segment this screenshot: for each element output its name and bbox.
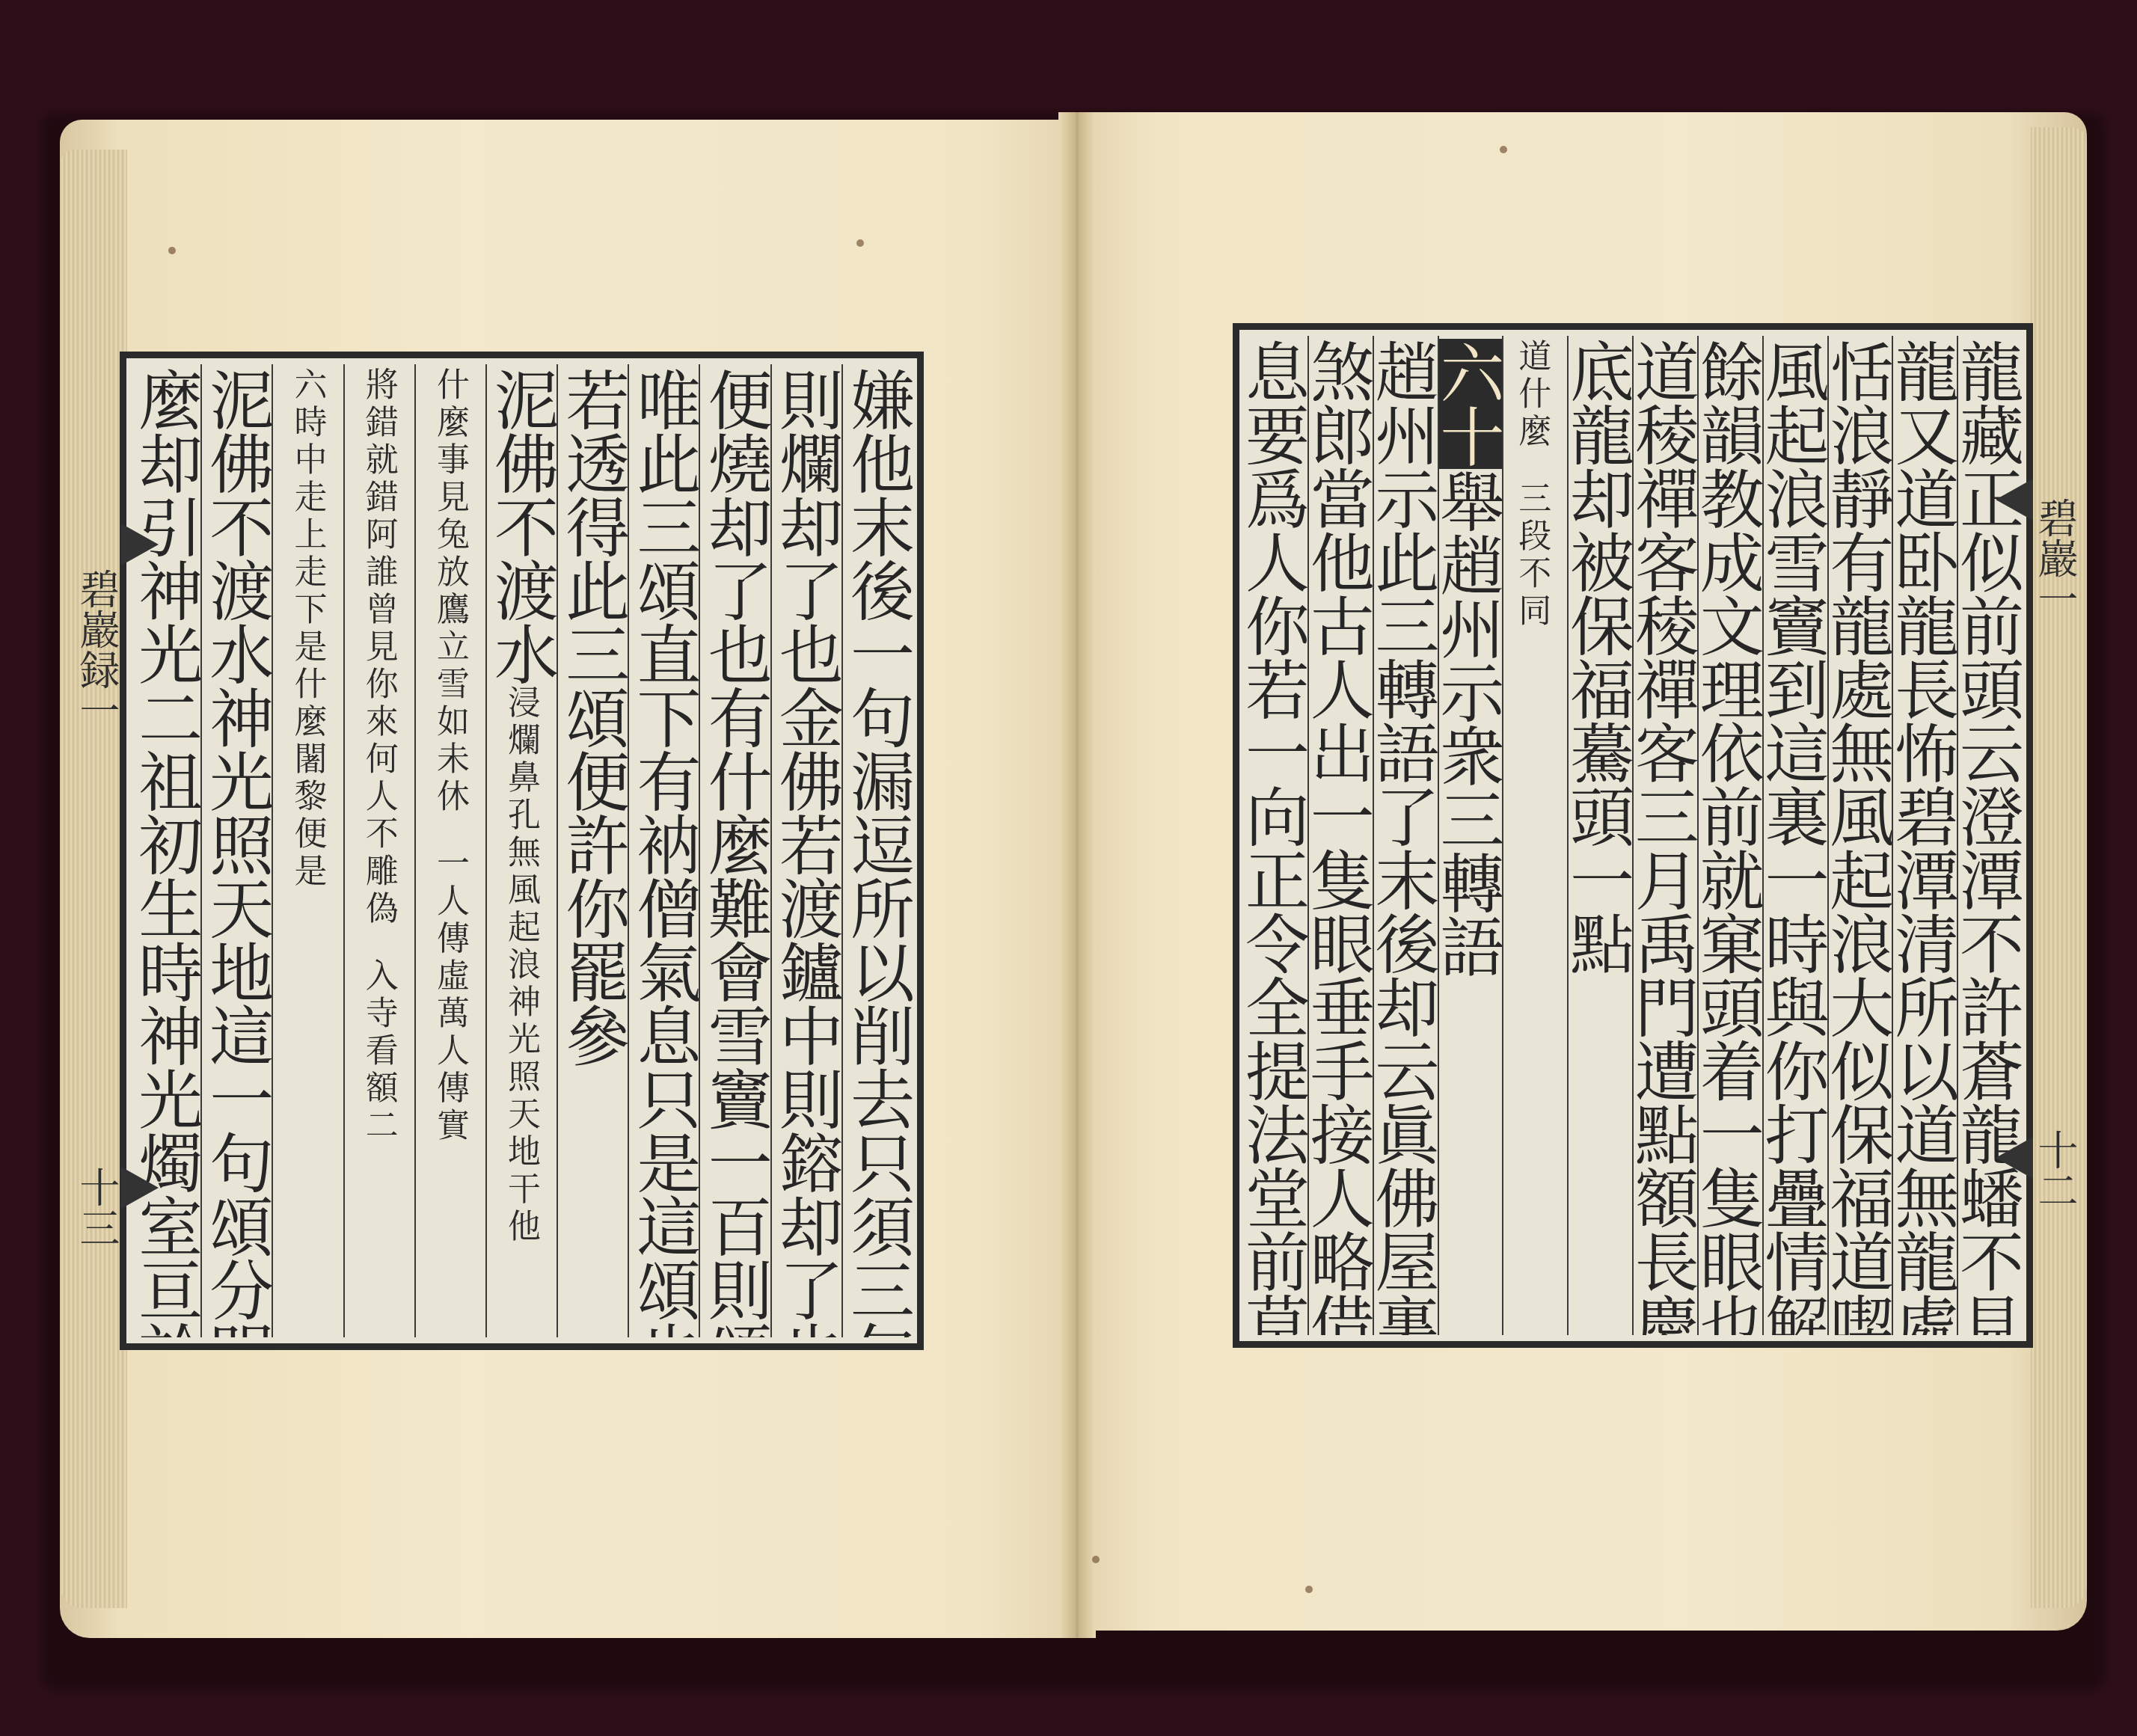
column-text: 龍又道卧龍長怖碧潭清所以道無龍處有月波澄風 [1892,339,1957,1335]
text-column: 底龍却被保福驀頭一點 [1567,336,1632,1335]
text-column: 唯此三頌直下有衲僧氣息只是這頌也不妨難會你 [628,364,699,1337]
text-column: 風起浪雪竇到這裏一時與你打疊情解頌了也佗有 [1762,336,1827,1335]
text-column: 嫌他末後一句漏逗所以削去只須三句泥佛若渡水 [841,364,913,1337]
text-column: 龍又道卧龍長怖碧潭清所以道無龍處有月波澄風 [1892,336,1957,1335]
fold-mark-icon [121,1167,159,1209]
commentary-note: 三段不同 [1512,481,1551,631]
column-text: 嫌他末後一句漏逗所以削去只須三句泥佛若渡水 [841,367,913,1337]
stitch-hole [1305,1586,1313,1593]
text-column: 煞郎當他古人出一隻眼垂手接人略借此語通箇消 [1307,336,1373,1335]
column-text: 道稜禪客稜禪客三月禹門遭點額長慶雖是透龍門 [1632,339,1697,1335]
book-gutter [1058,112,1096,1638]
text-column: 若透得此三頌便許你罷參 [557,364,628,1337]
commentary-note: 一人傳虛萬人傳實 [431,846,469,1145]
stitch-hole [1500,146,1507,153]
stitch-hole [1092,1556,1100,1563]
commentary-note: 將錯就錯阿誰曾見你來何人不雕偽 [360,367,398,928]
column-text: 餘韻教成文理依前就窠頭着一隻眼也不妨奇特却 [1697,339,1762,1335]
case-heading: 舉趙州示衆三轉語 [1438,469,1503,978]
verse-column: 泥佛不渡水浸爛鼻孔無風起浪神光照天地干他 [485,364,557,1337]
text-column: 趙州示此三轉語了末後却云眞佛屋裏坐這一句忒 [1373,336,1438,1335]
fold-mark-icon [1996,479,2033,521]
column-text: 便燒却了也有什麼難會雪竇一百則頌古計較葛藤 [699,367,770,1337]
fold-mark-icon [121,524,159,565]
commentary-note: 浸爛鼻孔無風起浪神光照天地 [502,685,540,1171]
column-text: 若透得此三頌便許你罷參 [557,367,628,1067]
left-text-block: 嫌他末後一句漏逗所以削去只須三句泥佛若渡水 則爛却了也金佛若渡鑪中則鎔却了也木佛… [120,352,924,1350]
margin-page-number: 十二 [2033,1129,2076,1210]
column-text: 恬浪靜有龍處無風起浪大似保福道喫茶去正是無 [1827,339,1892,1335]
case-heading-column: 六十舉趙州示衆三轉語 [1438,336,1503,1335]
column-text: 泥佛不渡水神光照天地這一句頌分明了且道爲什 [200,367,272,1337]
column-text: 風起浪雪竇到這裏一時與你打疊情解頌了也佗有 [1762,339,1827,1335]
text-column: 便燒却了也有什麼難會雪竇一百則頌古計較葛藤 [699,364,770,1337]
verse-text: 泥佛不渡水 [485,367,557,685]
column-text: 煞郎當他古人出一隻眼垂手接人略借此語通箇消 [1307,339,1373,1335]
text-column: 餘韻教成文理依前就窠頭着一隻眼也不妨奇特却 [1697,336,1762,1335]
commentary-note: 干他 [502,1171,540,1246]
commentary-note: 入寺看額二 [360,958,398,1145]
note-column: 道什麼三段不同 [1502,336,1567,1335]
right-text-block: 龍藏正似前頭云澄潭不許蒼龍蟠不見道死水不藏 龍又道卧龍長怖碧潭清所以道無龍處有月… [1233,323,2033,1348]
note-column: 什麼事見兔放鷹立雪如未休一人傳虛萬人傳實 [414,364,485,1337]
column-text: 息要爲人你若一向正令全提法堂前草深一丈雪竇 [1244,339,1307,1335]
stitch-hole [856,239,864,247]
margin-title: 碧巖録一 [75,568,118,730]
text-column: 恬浪靜有龍處無風起浪大似保福道喫茶去正是無 [1827,336,1892,1335]
text-column: 道稜禪客稜禪客三月禹門遭點額長慶雖是透龍門 [1632,336,1697,1335]
commentary-note: 道什麼 [1512,339,1551,451]
text-column: 泥佛不渡水神光照天地這一句頌分明了且道爲什 [200,364,272,1337]
stitch-hole [168,247,176,254]
note-column: 六時中走上走下是什麼闍黎便是 [272,364,343,1337]
case-number-badge: 六十 [1438,339,1503,469]
text-column: 息要爲人你若一向正令全提法堂前草深一丈雪竇 [1244,336,1307,1335]
column-text: 則爛却了也金佛若渡鑪中則鎔却了也木佛若渡火 [770,367,841,1337]
right-page-edges [2031,127,2087,1608]
commentary-note: 什麼事見兔放鷹立雪如未休 [431,367,469,816]
fold-mark-icon [1996,1137,2033,1179]
text-column: 則爛却了也金佛若渡鑪中則鎔却了也木佛若渡火 [770,364,841,1337]
note-column: 將錯就錯阿誰曾見你來何人不雕偽入寺看額二 [343,364,414,1337]
column-text: 趙州示此三轉語了末後却云眞佛屋裏坐這一句忒 [1373,339,1438,1335]
commentary-note: 六時中走上走下是什麼闍黎便是 [289,367,327,891]
column-text: 底龍却被保福驀頭一點 [1567,339,1632,975]
left-page-edges [60,150,127,1608]
column-text: 唯此三頌直下有衲僧氣息只是這頌也不妨難會你 [628,367,699,1337]
margin-page-number: 十三 [75,1167,118,1248]
margin-title: 碧巖一 [2033,497,2076,619]
